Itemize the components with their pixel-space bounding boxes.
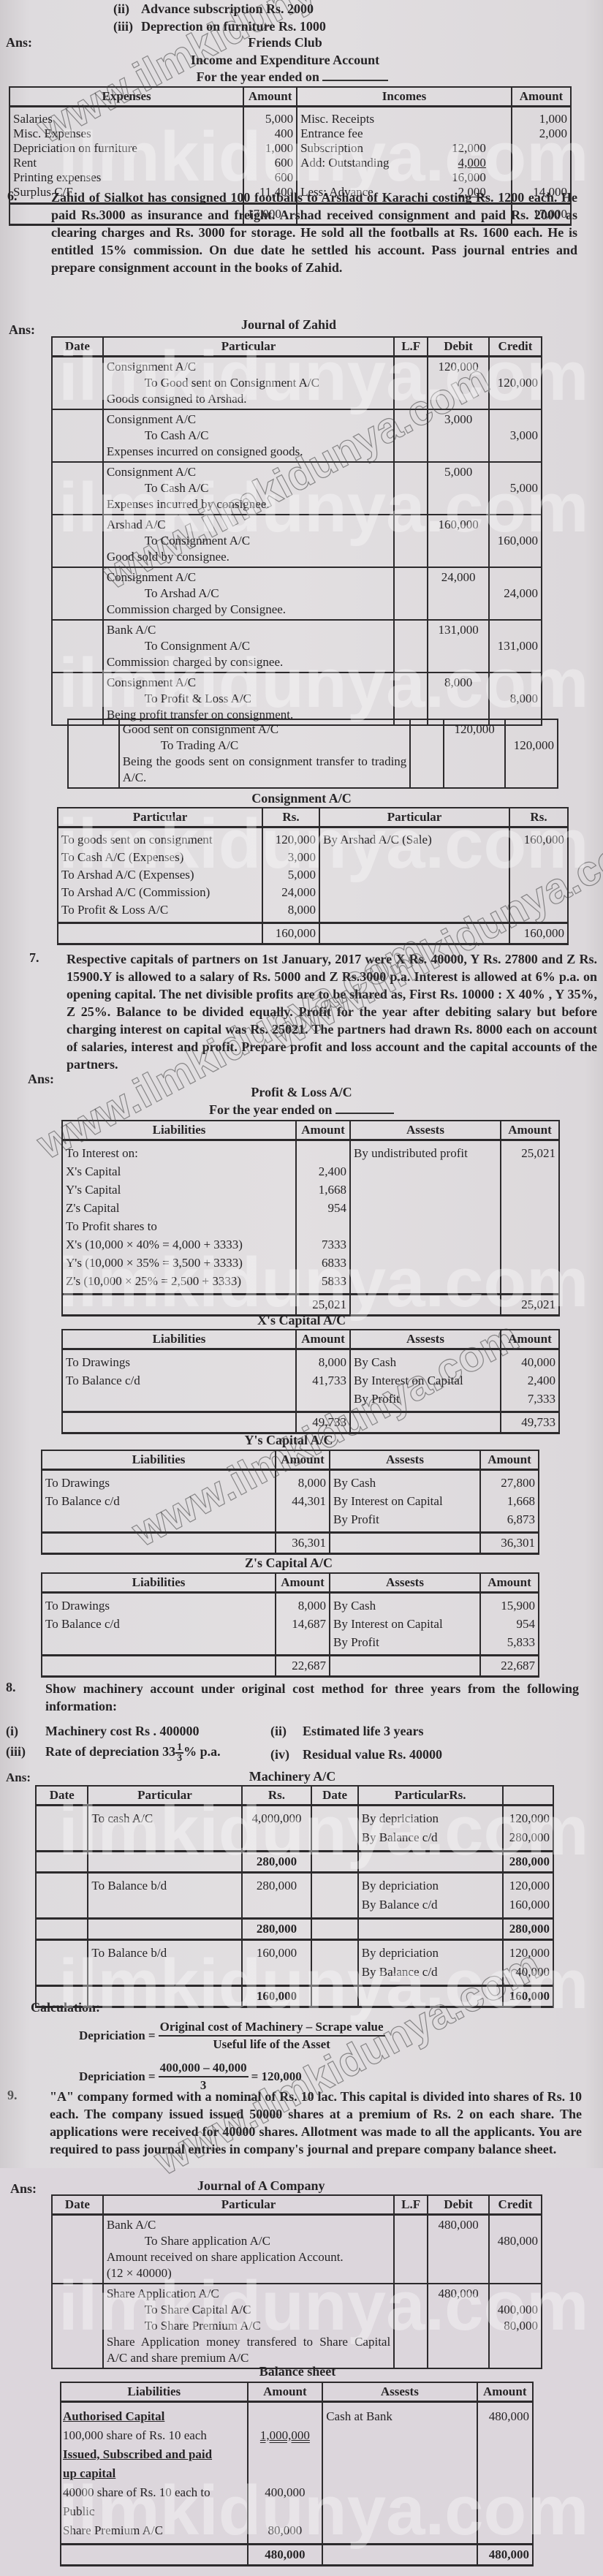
account-entry-amount: 120,000 [266, 831, 316, 849]
expense-label: Salaries [13, 112, 240, 126]
particular-cell: By depriciationBy Balance c/d [358, 1806, 503, 1852]
debit-account: Consignment A/C [107, 359, 390, 375]
credit-amount-cell: 480,000 [489, 2215, 542, 2284]
col-amount: Amount [512, 87, 571, 107]
credit-entry-label: By Balance c/d [362, 1895, 499, 1914]
account-entry-label [45, 1510, 272, 1528]
balance-sheet-title: Balance sheet [0, 2364, 595, 2379]
blank-cell [88, 1852, 241, 1873]
particular-cell: Bank A/CTo Consignment A/CCommission cha… [103, 620, 394, 673]
debit-entry-label: To cash A/C [91, 1809, 238, 1828]
col-assets: Assests [322, 2382, 477, 2402]
y-capital-title: Y's Capital A/C [0, 1433, 577, 1448]
date-cell [52, 673, 103, 725]
liabilities-cell: Authorised Capital100,000 share of Rs. 1… [61, 2402, 248, 2545]
debit-side-cell: 120,0003,0005,00024,0008,000 [262, 827, 319, 923]
account-entry-label [323, 866, 506, 884]
account-entry-label: Z's Capital [66, 1199, 292, 1217]
expense-label: Misc. Expenses [13, 126, 240, 141]
account-entry-label [66, 1390, 292, 1408]
journal-company-table: Date Particular L.F Debit Credit Bank A/… [51, 2194, 542, 2369]
account-entry-amount [504, 1217, 555, 1235]
col-amount: Amount [501, 1121, 559, 1140]
account-entry-label: To Balance c/d [45, 1492, 272, 1510]
narration: Being the goods sent on consignment tran… [123, 754, 407, 786]
debit-amount: 480,000 [428, 2215, 489, 2284]
journal-entry-row: Consignment A/CTo Arshad A/CCommission c… [52, 567, 542, 620]
account-entry-amount [279, 1510, 326, 1528]
journal-entry-row: Consignment A/CTo Cash A/CExpenses incur… [52, 462, 542, 515]
credit-amount: 400,000 [493, 2302, 538, 2318]
account-entry-amount: 5833 [300, 1272, 346, 1290]
account-entry-amount: 8,000 [279, 1596, 326, 1615]
blank-cell [36, 1852, 88, 1873]
expense-label: Printing expenses [13, 170, 240, 185]
account-entry-label: To Profit shares to [66, 1217, 292, 1235]
narration: Expenses incurred on consigned goods. [107, 444, 390, 460]
blank-cell [319, 923, 509, 944]
total-amount: 280,000 [242, 1852, 312, 1873]
date-cell [52, 2284, 103, 2368]
col-amount: Amount [480, 1450, 539, 1470]
account-entry-label: X's (10,000 × 40% = 4,000 + 3333) [66, 1235, 292, 1254]
date-cell [52, 409, 103, 462]
credit-entry-label: By depriciation [362, 1876, 499, 1895]
machinery-year-row: To Balance b/d280,000By depriciationBy B… [36, 1873, 553, 1919]
lf-cell [394, 515, 428, 567]
debit-side-cell: To Interest on:X's CapitalY's CapitalZ's… [62, 1140, 296, 1295]
col-particular-rs: ParticularRs. [358, 1786, 503, 1806]
blank-cell [311, 1986, 357, 2007]
col-assets: Assests [330, 1573, 480, 1593]
expense-amount: 600 [247, 170, 293, 185]
q8-item-iii: (iii)Rate of depreciation 3313% p.a. [6, 1743, 221, 1763]
date-cell [52, 567, 103, 620]
credit-amount: 3,000 [493, 428, 538, 444]
particular-cell: To Balance b/d [88, 1873, 241, 1919]
income-entry: Add: Outstanding4,000 [300, 156, 508, 170]
amount-cell: 4,000,000 [242, 1806, 312, 1852]
total-amount: 36,301 [276, 1533, 330, 1554]
debit-side-cell: 8,00041,733 [296, 1349, 350, 1412]
total-row: 49,73349,733 [62, 1412, 559, 1433]
credit-entry-amount: 160,000 [507, 1895, 550, 1914]
credit-account: To Cash A/C [107, 428, 390, 444]
credit-entry-label: By depriciation [362, 1809, 499, 1828]
col-expenses: Expenses [10, 87, 243, 107]
credit-side-cell: 27,8001,6686,873 [480, 1470, 539, 1533]
account-entry-amount: 5,000 [266, 866, 316, 884]
col-date: Date [52, 2195, 103, 2215]
debit-amount: 24,000 [428, 567, 489, 620]
credit-amount-cell: 120,000 [505, 719, 558, 788]
particular-cell: Consignment A/CTo Cash A/CExpenses incur… [103, 462, 394, 515]
lf-cell [410, 719, 444, 788]
income-amount [515, 170, 567, 185]
account-entry-label: To Drawings [45, 1474, 272, 1492]
z-capital-table: Liabilities Amount Assests Amount To Dra… [41, 1572, 539, 1678]
blank-cell [330, 1533, 480, 1554]
account-entry-label: By Cash [333, 1474, 477, 1492]
question-number: 8. [6, 1680, 16, 1695]
lf-cell [394, 620, 428, 673]
journal-entry-row: Share Application A/CTo Share Capital A/… [52, 2284, 542, 2368]
credit-amount-cell: 120,000 [489, 357, 542, 410]
amount-cell: 120,000280,000 [503, 1806, 553, 1852]
total-amount: 280,000 [503, 1919, 553, 1940]
credit-amount: 24,000 [493, 586, 538, 602]
debit-side-cell: 8,00014,687 [276, 1593, 330, 1656]
col-lf: L.F [394, 2195, 428, 2215]
credit-side-cell: 40,0002,4007,333 [501, 1349, 559, 1412]
particular-cell: Consignment A/CTo Arshad A/CCommission c… [103, 567, 394, 620]
question-8-text: Show machinery account under original co… [45, 1680, 579, 1715]
account-entry-label: To Balance c/d [45, 1615, 272, 1633]
debit-account: Bank A/C [107, 622, 390, 638]
liability-amount: 400,000 [251, 2483, 319, 2502]
narration: (12 × 40000) [107, 2265, 390, 2281]
particular-cell: Consignment A/CTo Good sent on Consignme… [103, 357, 394, 410]
col-amount: Amount [477, 2382, 534, 2402]
credit-account: To Consignment A/C [107, 533, 390, 549]
credit-amount-cell: 5,000 [489, 462, 542, 515]
income-label: Misc. Receipts [300, 112, 374, 126]
debit-side-cell: To DrawingsTo Balance c/d [42, 1593, 276, 1656]
account-entry-label: By Interest on Capital [333, 1615, 477, 1633]
credit-amount: 131,000 [493, 638, 538, 654]
account-entry-label [323, 884, 506, 901]
total-amount: 480,000 [477, 2545, 534, 2566]
account-entry-amount: 25,021 [504, 1144, 555, 1162]
total-amount: 160,000 [262, 923, 319, 944]
credit-account: To Good sent on Consignment A/C [107, 375, 390, 391]
machinery-title: Machinery A/C [0, 1769, 585, 1784]
blank-cell [88, 1986, 241, 2007]
account-entry-amount [513, 901, 564, 919]
period-title: For the year ended on [0, 69, 585, 85]
y-capital-table: Liabilities Amount Assests Amount To Dra… [41, 1450, 539, 1555]
liability-label: Share Premium A/C [63, 2521, 246, 2540]
q8-item-iv: (iv)Residual value Rs. 40000 [270, 1747, 442, 1762]
account-entry-amount: 7,333 [504, 1390, 555, 1408]
credit-side-cell: By CashBy Interest on CapitalBy Profit [350, 1349, 501, 1412]
debit-amount: 5,000 [428, 462, 489, 515]
account-entry-amount [504, 1254, 555, 1272]
journal-title: Journal of Zahid [241, 317, 336, 333]
account-entry-amount [513, 866, 564, 884]
account-title: Income and Expenditure Account [0, 53, 570, 68]
col-particular: Particular [103, 337, 394, 357]
total-row: 36,30136,301 [42, 1533, 539, 1554]
account-entry-label: To Profit & Loss A/C [61, 901, 259, 919]
account-entry-label [354, 1235, 497, 1254]
total-amount: 480,000 [248, 2545, 323, 2566]
debit-account: Consignment A/C [107, 569, 390, 586]
liability-amount [251, 2502, 319, 2521]
credit-amount-cell: 131,000 [489, 620, 542, 673]
account-entry-label: By Cash [354, 1353, 497, 1371]
account-entry-amount: 1,668 [300, 1181, 346, 1199]
credit-entry-amount: 280,000 [507, 1828, 550, 1847]
col-debit: Debit [428, 2195, 489, 2215]
machinery-account-table: Date Particular Rs. Date ParticularRs. T… [35, 1785, 554, 2008]
credit-entry-amount: 120,000 [507, 1944, 550, 1963]
account-entry-label [323, 901, 506, 919]
journal-title: Journal of A Company [197, 2178, 325, 2194]
date-cell [52, 620, 103, 673]
debit-account: Arshad A/C [107, 517, 390, 533]
account-entry-label: To Arshad A/C (Expenses) [61, 866, 259, 884]
date-cell [52, 515, 103, 567]
col-assets: Assests [350, 1121, 501, 1140]
machinery-year-row: To Balance b/d160,000By depriciationBy B… [36, 1940, 553, 1986]
total-amount: 160,000 [242, 1986, 312, 2007]
particular-cell: Consignment A/CTo Cash A/CExpenses incur… [103, 409, 394, 462]
calculation-label: Calculation: [31, 2000, 100, 2015]
question-number: 6. [7, 189, 18, 204]
credit-account: To Share Capital A/C [107, 2302, 390, 2318]
total-amount: 22,687 [276, 1656, 330, 1677]
date-cell [36, 1940, 88, 1986]
total-amount: 280,000 [503, 1852, 553, 1873]
question-number: 7. [29, 950, 39, 966]
total-amount: 49,733 [501, 1412, 559, 1433]
account-entry-label: Z's (10,000 × 25% = 2,500 + 3333) [66, 1272, 292, 1290]
date-cell [52, 462, 103, 515]
liability-amount [251, 2445, 319, 2464]
date-cell [36, 1873, 88, 1919]
col-amount: Amount [243, 87, 297, 107]
date-cell [52, 357, 103, 410]
account-entry-amount: 44,301 [279, 1492, 326, 1510]
x-capital-title: X's Capital A/C [0, 1313, 603, 1328]
date-cell [311, 1873, 357, 1919]
account-entry-label: X's Capital [66, 1162, 292, 1181]
account-entry-amount [504, 1181, 555, 1199]
col-liabilities: Liabilities [62, 1121, 296, 1140]
income-amount [515, 141, 567, 156]
credit-entry-label: By Balance c/d [362, 1963, 499, 1982]
debit-account: Consignment A/C [107, 464, 390, 480]
col-amount: Amount [480, 1573, 539, 1593]
blank-cell [358, 1986, 503, 2007]
narration: Good sold by consignee. [107, 549, 390, 565]
account-body-row: To DrawingsTo Balance c/d 8,00041,733 By… [62, 1349, 559, 1412]
credit-amount: 80,000 [493, 2318, 538, 2334]
total-amount: 49,733 [296, 1412, 350, 1433]
blank-cell [88, 1919, 241, 1940]
debit-entry-amount: 4,000,000 [246, 1809, 308, 1828]
expense-amount: 600 [247, 156, 293, 170]
total-row: 22,68722,687 [42, 1656, 539, 1677]
credit-side-cell: By undistributed profit [350, 1140, 501, 1295]
account-entry-amount [504, 1162, 555, 1181]
amount-cell: 160,000 [242, 1940, 312, 1986]
account-entry-label: To Cash A/C (Expenses) [61, 849, 259, 866]
debit-side-cell: To goods sent on consignmentTo Cash A/C … [58, 827, 262, 923]
blank-cell [358, 1852, 503, 1873]
debit-account: Consignment A/C [107, 675, 390, 691]
debit-amount: 480,000 [428, 2284, 489, 2368]
credit-amount-cell: 3,000 [489, 409, 542, 462]
credit-entry-amount: 120,000 [507, 1876, 550, 1895]
consignment-account-table: Particular Rs. Particular Rs. To goods s… [57, 807, 569, 945]
z-capital-title: Z's Capital A/C [0, 1556, 577, 1571]
income-amount: 2,000 [515, 126, 567, 141]
account-entry-amount: 2,400 [300, 1162, 346, 1181]
blank-cell [358, 1919, 503, 1940]
account-entry-label: Y's (10,000 × 35% = 3,500 + 3333) [66, 1254, 292, 1272]
ans-label: Ans: [9, 322, 35, 338]
account-entry-amount: 40,000 [504, 1353, 555, 1371]
account-entry-amount [504, 1235, 555, 1254]
account-entry-amount: 2,400 [504, 1371, 555, 1390]
liability-amount [251, 2464, 319, 2483]
debit-side-cell: To DrawingsTo Balance c/d [62, 1349, 296, 1412]
liability-label: 40000 share of Rs. 10 each to [63, 2483, 246, 2502]
total-amount: 160,000 [509, 923, 568, 944]
income-amount [515, 156, 567, 170]
credit-amount: 120,000 [509, 738, 554, 754]
account-entry-amount [300, 1144, 346, 1162]
account-entry-amount [513, 849, 564, 866]
blank-cell [42, 1656, 276, 1677]
col-debit: Debit [428, 337, 489, 357]
credit-account: To Trading A/C [123, 738, 407, 754]
section-heading: Authorised Capital [63, 2407, 246, 2426]
account-entry-amount: 15,900 [484, 1596, 535, 1615]
col-rs: Rs. [262, 808, 319, 827]
journal-zahid-table: Date Particular L.F Debit Credit Consign… [51, 336, 542, 726]
account-entry-label: To goods sent on consignment [61, 831, 259, 849]
total-amount: 160,000 [503, 1986, 553, 2007]
lf-cell [394, 357, 428, 410]
col-amount: Amount [276, 1573, 330, 1593]
narration: Commission charged by consignee. [107, 654, 390, 670]
x-capital-table: Liabilities Amount Assests Amount To Dra… [61, 1329, 560, 1434]
account-entry-label [354, 1162, 497, 1181]
col-particular: Particular [319, 808, 509, 827]
debit-entry-label: To Balance b/d [91, 1876, 238, 1895]
col-date: Date [36, 1786, 88, 1806]
debit-amount: 160,000 [428, 515, 489, 567]
debit-side-cell: To DrawingsTo Balance c/d [42, 1470, 276, 1533]
account-entry-label [354, 1199, 497, 1217]
amount-cell: 120,00040,000 [503, 1940, 553, 1986]
col-liabilities: Liabilities [42, 1573, 276, 1593]
col-amount [503, 1786, 553, 1806]
lf-cell [394, 673, 428, 725]
debit-account: Good sent on consignment A/C [123, 721, 407, 738]
account-body-row: To DrawingsTo Balance c/d 8,00044,301 By… [42, 1470, 539, 1533]
total-row: 280,000280,000 [36, 1852, 553, 1873]
narration: Commission charged by Consignee. [107, 602, 390, 618]
blank-cell [36, 1919, 88, 1940]
account-entry-label: To Balance c/d [66, 1371, 292, 1390]
total-row: 480,000480,000 [61, 2545, 533, 2566]
account-entry-label [354, 1181, 497, 1199]
account-entry-label [354, 1217, 497, 1235]
asset-amount: 480,000 [481, 2407, 530, 2426]
income-entry: Misc. Receipts [300, 112, 508, 126]
particular-cell: By depriciationBy Balance c/d [358, 1940, 503, 1986]
col-particular: Particular [103, 2195, 394, 2215]
profit-loss-table: Liabilities Amount Assests Amount To Int… [61, 1120, 560, 1317]
credit-amount-cell: 160,000 [489, 515, 542, 567]
question-6-text: Zahid of Sialkot has consigned 100 footb… [51, 189, 577, 276]
col-incomes: Incomes [297, 87, 512, 107]
expense-amount: 400 [247, 126, 293, 141]
account-entry-amount: 27,800 [484, 1474, 535, 1492]
debit-account: Bank A/C [107, 2217, 390, 2233]
account-entry-label [354, 1254, 497, 1272]
income-entry: Subscription12,000 [300, 141, 508, 156]
amount-cell: 120,000160,000 [503, 1873, 553, 1919]
credit-entry-label: By Balance c/d [362, 1828, 499, 1847]
q8-item-i: (i)Machinery cost Rs . 400000 [6, 1724, 199, 1739]
narration: Goods consigned to Arshad. [107, 391, 390, 407]
blank-cell [58, 923, 262, 944]
credit-entry-amount: 40,000 [507, 1963, 550, 1982]
expense-label: Rent [13, 156, 240, 170]
credit-amount: 160,000 [493, 533, 538, 549]
pl-title: Profit & Loss A/C [0, 1085, 603, 1100]
account-entry-label: By Interest on Capital [333, 1492, 477, 1510]
account-entry-amount [513, 884, 564, 901]
q5-item-ii: (ii)Advance subscription Rs. 2000 [113, 1, 314, 17]
account-entry-label: By Arshad A/C (Sale) [323, 831, 506, 849]
consignment-title: Consignment A/C [0, 791, 603, 806]
account-entry-amount: 6833 [300, 1254, 346, 1272]
blank-cell [350, 1412, 501, 1433]
account-entry-amount: 160,000 [513, 831, 564, 849]
debit-entry-label: To Balance b/d [91, 1944, 238, 1963]
account-entry-amount: 24,000 [266, 884, 316, 901]
credit-account: To Share Premium A/C [107, 2318, 390, 2334]
lf-cell [394, 2284, 428, 2368]
narration: Share Application money transfered to Sh… [107, 2334, 390, 2366]
account-entry-label: By undistributed profit [354, 1144, 497, 1162]
col-amount: Amount [248, 2382, 323, 2402]
credit-entry-label: By depriciation [362, 1944, 499, 1963]
amount-cell: 280,000 [242, 1873, 312, 1919]
journal-entry-row: Consignment A/CTo Cash A/CExpenses incur… [52, 409, 542, 462]
debit-entry-amount: 280,000 [246, 1876, 308, 1895]
col-date: Date [52, 337, 103, 357]
journal-entry-row: Bank A/CTo Consignment A/CCommission cha… [52, 620, 542, 673]
narration: Amount received on share application Acc… [107, 2249, 390, 2265]
credit-side-cell: 25,021 [501, 1140, 559, 1295]
expense-amount: 1,000 [247, 141, 293, 156]
account-body-row: Authorised Capital100,000 share of Rs. 1… [61, 2402, 533, 2545]
account-entry-amount: 3,000 [266, 849, 316, 866]
credit-account: To Arshad A/C [107, 586, 390, 602]
income-subtotal: 16,000 [452, 170, 486, 185]
income-label [300, 170, 303, 185]
account-entry-label: By Cash [333, 1596, 477, 1615]
debit-account: Share Application A/C [107, 2286, 390, 2302]
narration: Expenses incurred by consignee. [107, 496, 390, 512]
credit-side-cell: By CashBy Interest on CapitalBy Profit [330, 1593, 480, 1656]
liabilities-amount-cell: 1,000,000 400,000 80,000 [248, 2402, 323, 2545]
col-amount: Amount [296, 1121, 350, 1140]
journal-entry-row: Consignment A/CTo Profit & Loss A/CBeing… [52, 673, 542, 725]
account-entry-amount [504, 1199, 555, 1217]
date-cell [311, 1806, 357, 1852]
account-entry-label: To Arshad A/C (Commission) [61, 884, 259, 901]
account-entry-amount: 7333 [300, 1235, 346, 1254]
account-entry-amount: 8,000 [279, 1474, 326, 1492]
